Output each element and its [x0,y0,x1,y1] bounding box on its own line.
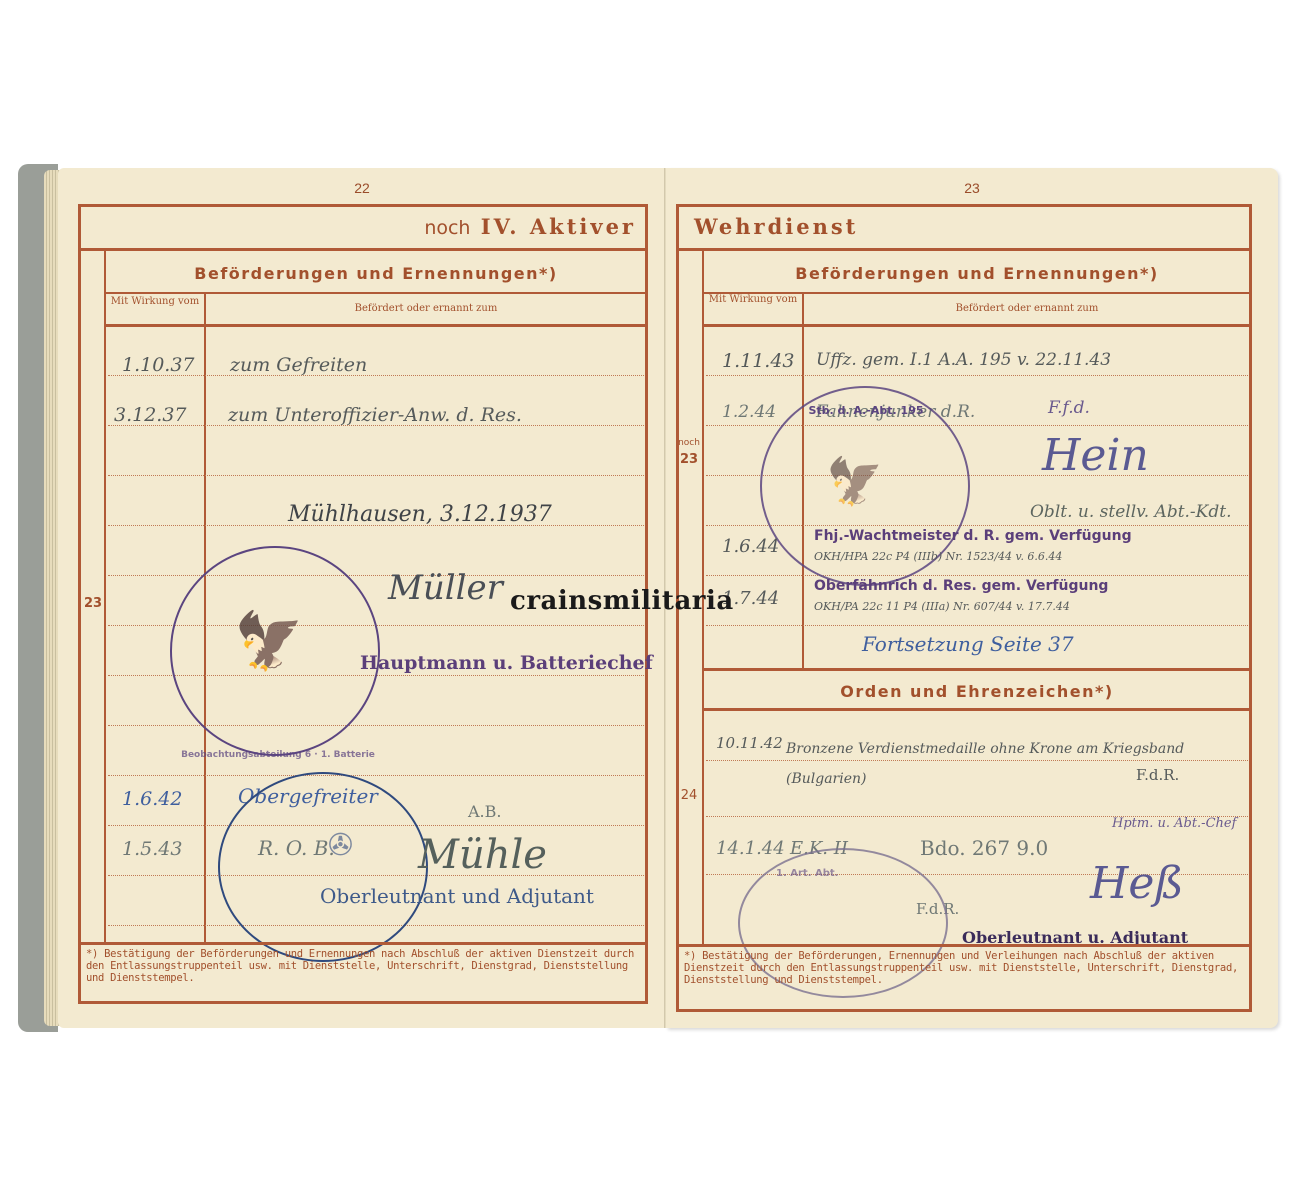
eagle-stamp-icon: ✇ [328,828,353,863]
signer-title: Oberleutnant und Adjutant [320,884,594,908]
margin-noch: noch [676,438,702,448]
footnote: *) Bestätigung der Beförderungen, Ernenn… [684,950,1248,986]
signature: Hein [1042,430,1149,481]
entry-note: F.f.d. [1048,398,1090,418]
entry-text: zum Gefreiten [230,354,367,376]
signature: Mühle [418,832,547,878]
section-heading: Beförderungen und Ernennungen*) [106,264,646,283]
eagle-stamp-icon: 🦅 [826,454,883,509]
signature: Heß [1090,858,1184,909]
entry-text: Uffz. gem. I.1 A.A. 195 v. 22.11.43 [816,350,1111,370]
stamp-ring-text: 1. Art. Abt. [776,868,838,879]
eagle-stamp-icon: 🦅 [234,608,304,674]
margin-page-ref: 23 [676,452,702,467]
entry-subtext: OKH/PA 22c 11 P4 (IIIa) Nr. 607/44 v. 17… [814,600,1070,613]
col-date-header: Mit Wirkung vom [706,294,800,306]
award-date: 14.1.44 [716,838,785,859]
margin-page-ref: 24 [676,788,702,803]
entry-date: 1.5.43 [122,838,182,860]
entry-date: 1.6.44 [722,536,779,557]
entry-rank-stamp: Oberfähnrich d. Res. gem. Verfügung [814,578,1108,594]
footnote: *) Bestätigung der Beförderungen und Ern… [86,948,642,984]
col-date-header: Mit Wirkung vom [108,296,202,308]
entry-date: 1.10.37 [122,354,195,376]
award-ref: Bdo. 267 9.0 [920,836,1048,860]
right-page: 23 Wehrdienst Beförderungen und Ernennun… [666,168,1278,1028]
stamp-ring-text: Stb. d. A.-Abt. 195 [786,404,946,417]
col-rank-header: Befördert oder ernannt zum [208,303,644,315]
margin-page-ref: 23 [80,596,106,611]
watermark: crainsmilitaria [510,586,734,616]
signature: Müller [388,568,503,608]
col-rank-header: Befördert oder ernannt zum [806,303,1248,315]
entry-date: 3.12.37 [114,404,187,426]
initials: A.B. [468,802,501,821]
entry-date: 1.11.43 [722,350,795,372]
entry-text: zum Unteroffizier-Anw. d. Res. [228,404,522,426]
signer-title: Hauptmann u. Batteriechef [360,652,653,674]
stamp-ring-text: Beobachtungsabteilung 6 · 1. Batterie [178,750,378,760]
entry-rank-stamp: Fhj.-Wachtmeister d. R. gem. Verfügung [814,528,1132,544]
award-signer-title: Hptm. u. Abt.-Chef [1112,816,1236,831]
award-date: 10.11.42 [716,734,783,752]
award-text: Bronzene Verdienstmedaille ohne Krone am… [786,734,1256,794]
unit-stamp-left-2 [218,772,428,962]
page-number: 23 [666,180,1278,196]
page-title: noch IV. Aktiver [424,214,636,239]
soldbuch-spread: 22 noch IV. Aktiver Beförderungen und Er… [18,164,1282,1032]
page-number: 22 [58,180,666,196]
award-note: F.d.R. [1136,766,1179,784]
place-date: Mühlhausen, 3.12.1937 [288,502,552,527]
continuation-note: Fortsetzung Seite 37 [862,632,1074,656]
signer-title: Oblt. u. stellv. Abt.-Kdt. [1030,502,1232,522]
entry-subtext: OKH/HPA 22c P4 (IIIb) Nr. 1523/44 v. 6.6… [814,550,1062,563]
section-heading: Beförderungen und Ernennungen*) [704,264,1250,283]
entry-date: 1.6.42 [122,788,182,810]
awards-heading: Orden und Ehrenzeichen*) [704,682,1250,701]
entry-date: 1.2.44 [722,402,776,422]
page-title: Wehrdienst [694,214,858,239]
